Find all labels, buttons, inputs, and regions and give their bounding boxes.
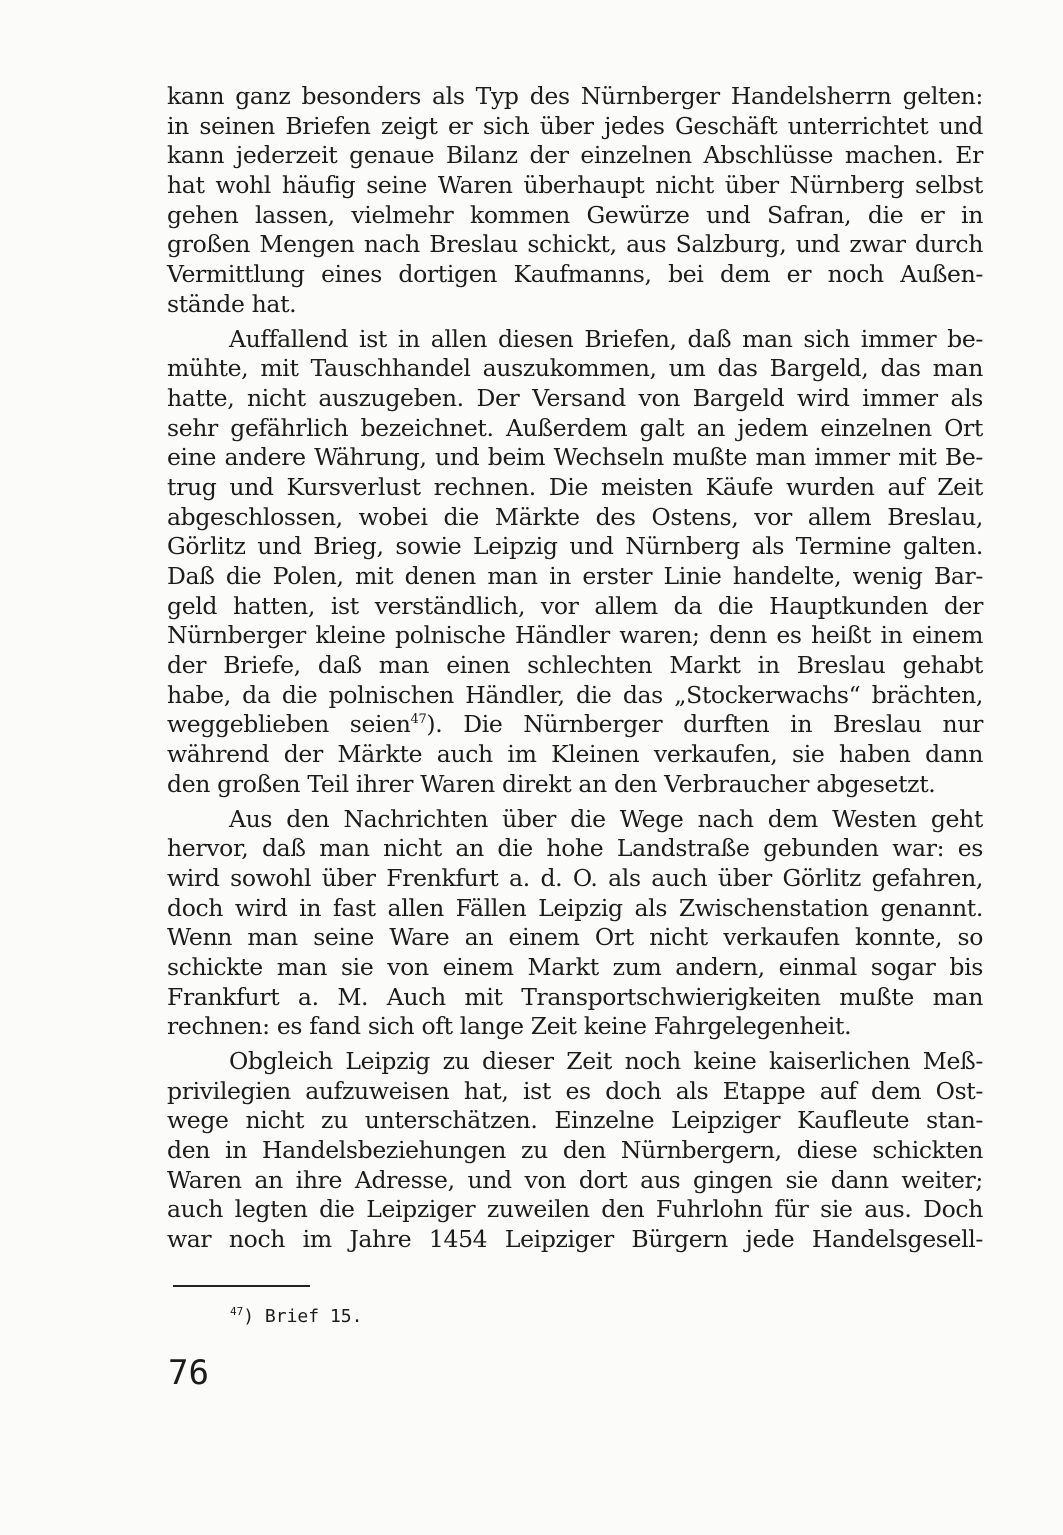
text-line: Frankfurt a. M. Auch mit Transportschwie… xyxy=(167,983,983,1013)
text-line: schickte man sie von einem Markt zum and… xyxy=(167,953,983,983)
paragraph-3: Aus den Nachrichten über die Wege nach d… xyxy=(167,805,983,1043)
text-line: Daß die Polen, mit denen man in erster L… xyxy=(167,562,983,592)
text-line: gehen lassen, vielmehr kommen Gewürze un… xyxy=(167,201,983,231)
paragraph-1: kann ganz besonders als Typ des Nürnberg… xyxy=(167,82,983,320)
text-line: doch wird in fast allen Fällen Leipzig a… xyxy=(167,894,983,924)
text-line: Vermittlung eines dortigen Kaufmanns, be… xyxy=(167,260,983,290)
paragraph-4: Obgleich Leipzig zu dieser Zeit noch kei… xyxy=(167,1047,983,1255)
text-line: Nürnberger kleine polnische Händler ware… xyxy=(167,621,983,651)
page-body: kann ganz besonders als Typ des Nürnberg… xyxy=(167,82,983,1255)
text-line: privilegien aufzuweisen hat, ist es doch… xyxy=(167,1077,983,1107)
text-line: Obgleich Leipzig zu dieser Zeit noch kei… xyxy=(167,1047,983,1077)
text-line: wege nicht zu unterschätzen. Einzelne Le… xyxy=(167,1106,983,1136)
text-line: den großen Teil ihrer Waren direkt an de… xyxy=(167,770,983,800)
text-line: war noch im Jahre 1454 Leipziger Bürgern… xyxy=(167,1225,983,1255)
text-line: großen Mengen nach Breslau schickt, aus … xyxy=(167,230,983,260)
text-line: den in Handelsbeziehungen zu den Nürnber… xyxy=(167,1136,983,1166)
text-line: hatte, nicht auszugeben. Der Versand von… xyxy=(167,384,983,414)
footnote-reference[interactable]: 47 xyxy=(411,713,427,728)
text-line: trug und Kursverlust rechnen. Die meiste… xyxy=(167,473,983,503)
text-line: stände hat. xyxy=(167,290,983,320)
text-line: kann ganz besonders als Typ des Nürnberg… xyxy=(167,82,983,112)
text-line: mühte, mit Tauschhandel auszukommen, um … xyxy=(167,354,983,384)
footnote-mark: 47 xyxy=(230,1305,243,1318)
text-line: sehr gefährlich bezeichnet. Außerdem gal… xyxy=(167,414,983,444)
text-line: Auffallend ist in allen diesen Briefen, … xyxy=(167,325,983,355)
text-line: hervor, daß man nicht an die hohe Landst… xyxy=(167,834,983,864)
text-line: kann jederzeit genaue Bilanz der einzeln… xyxy=(167,141,983,171)
text-line: hat wohl häufig seine Waren überhaupt ni… xyxy=(167,171,983,201)
text-line: abgeschlossen, wobei die Märkte des Oste… xyxy=(167,503,983,533)
paragraph-2: Auffallend ist in allen diesen Briefen, … xyxy=(167,325,983,800)
text-line: habe, da die polnischen Händler, die das… xyxy=(167,681,983,711)
text-line: Waren an ihre Adresse, und von dort aus … xyxy=(167,1166,983,1196)
text-line: Wenn man seine Ware an einem Ort nicht v… xyxy=(167,923,983,953)
text-line: wird sowohl über Frenkfurt a. d. O. als … xyxy=(167,864,983,894)
text-line: Görlitz und Brieg, sowie Leipzig und Nür… xyxy=(167,532,983,562)
footnote: 47) Brief 15. xyxy=(230,1305,362,1329)
text-line: geld hatten, ist verständlich, vor allem… xyxy=(167,592,983,622)
text-line: während der Märkte auch im Kleinen verka… xyxy=(167,740,983,770)
text-fragment: weggeblieben seien xyxy=(167,710,411,738)
text-line: auch legten die Leipziger zuweilen den F… xyxy=(167,1195,983,1225)
text-line: eine andere Währung, und beim Wechseln m… xyxy=(167,443,983,473)
text-line-with-footnote-ref: weggeblieben seien47). Die Nürnberger du… xyxy=(167,710,983,740)
footnote-separator-rule xyxy=(173,1285,310,1287)
text-line: Aus den Nachrichten über die Wege nach d… xyxy=(167,805,983,835)
page-number: 76 xyxy=(168,1353,209,1393)
text-line: der Briefe, daß man einen schlechten Mar… xyxy=(167,651,983,681)
footnote-text: ) Brief 15. xyxy=(243,1306,362,1327)
text-line: in seinen Briefen zeigt er sich über jed… xyxy=(167,112,983,142)
text-line: rechnen: es fand sich oft lange Zeit kei… xyxy=(167,1012,983,1042)
text-fragment: ). Die Nürnberger durften in Breslau nur xyxy=(426,710,983,738)
